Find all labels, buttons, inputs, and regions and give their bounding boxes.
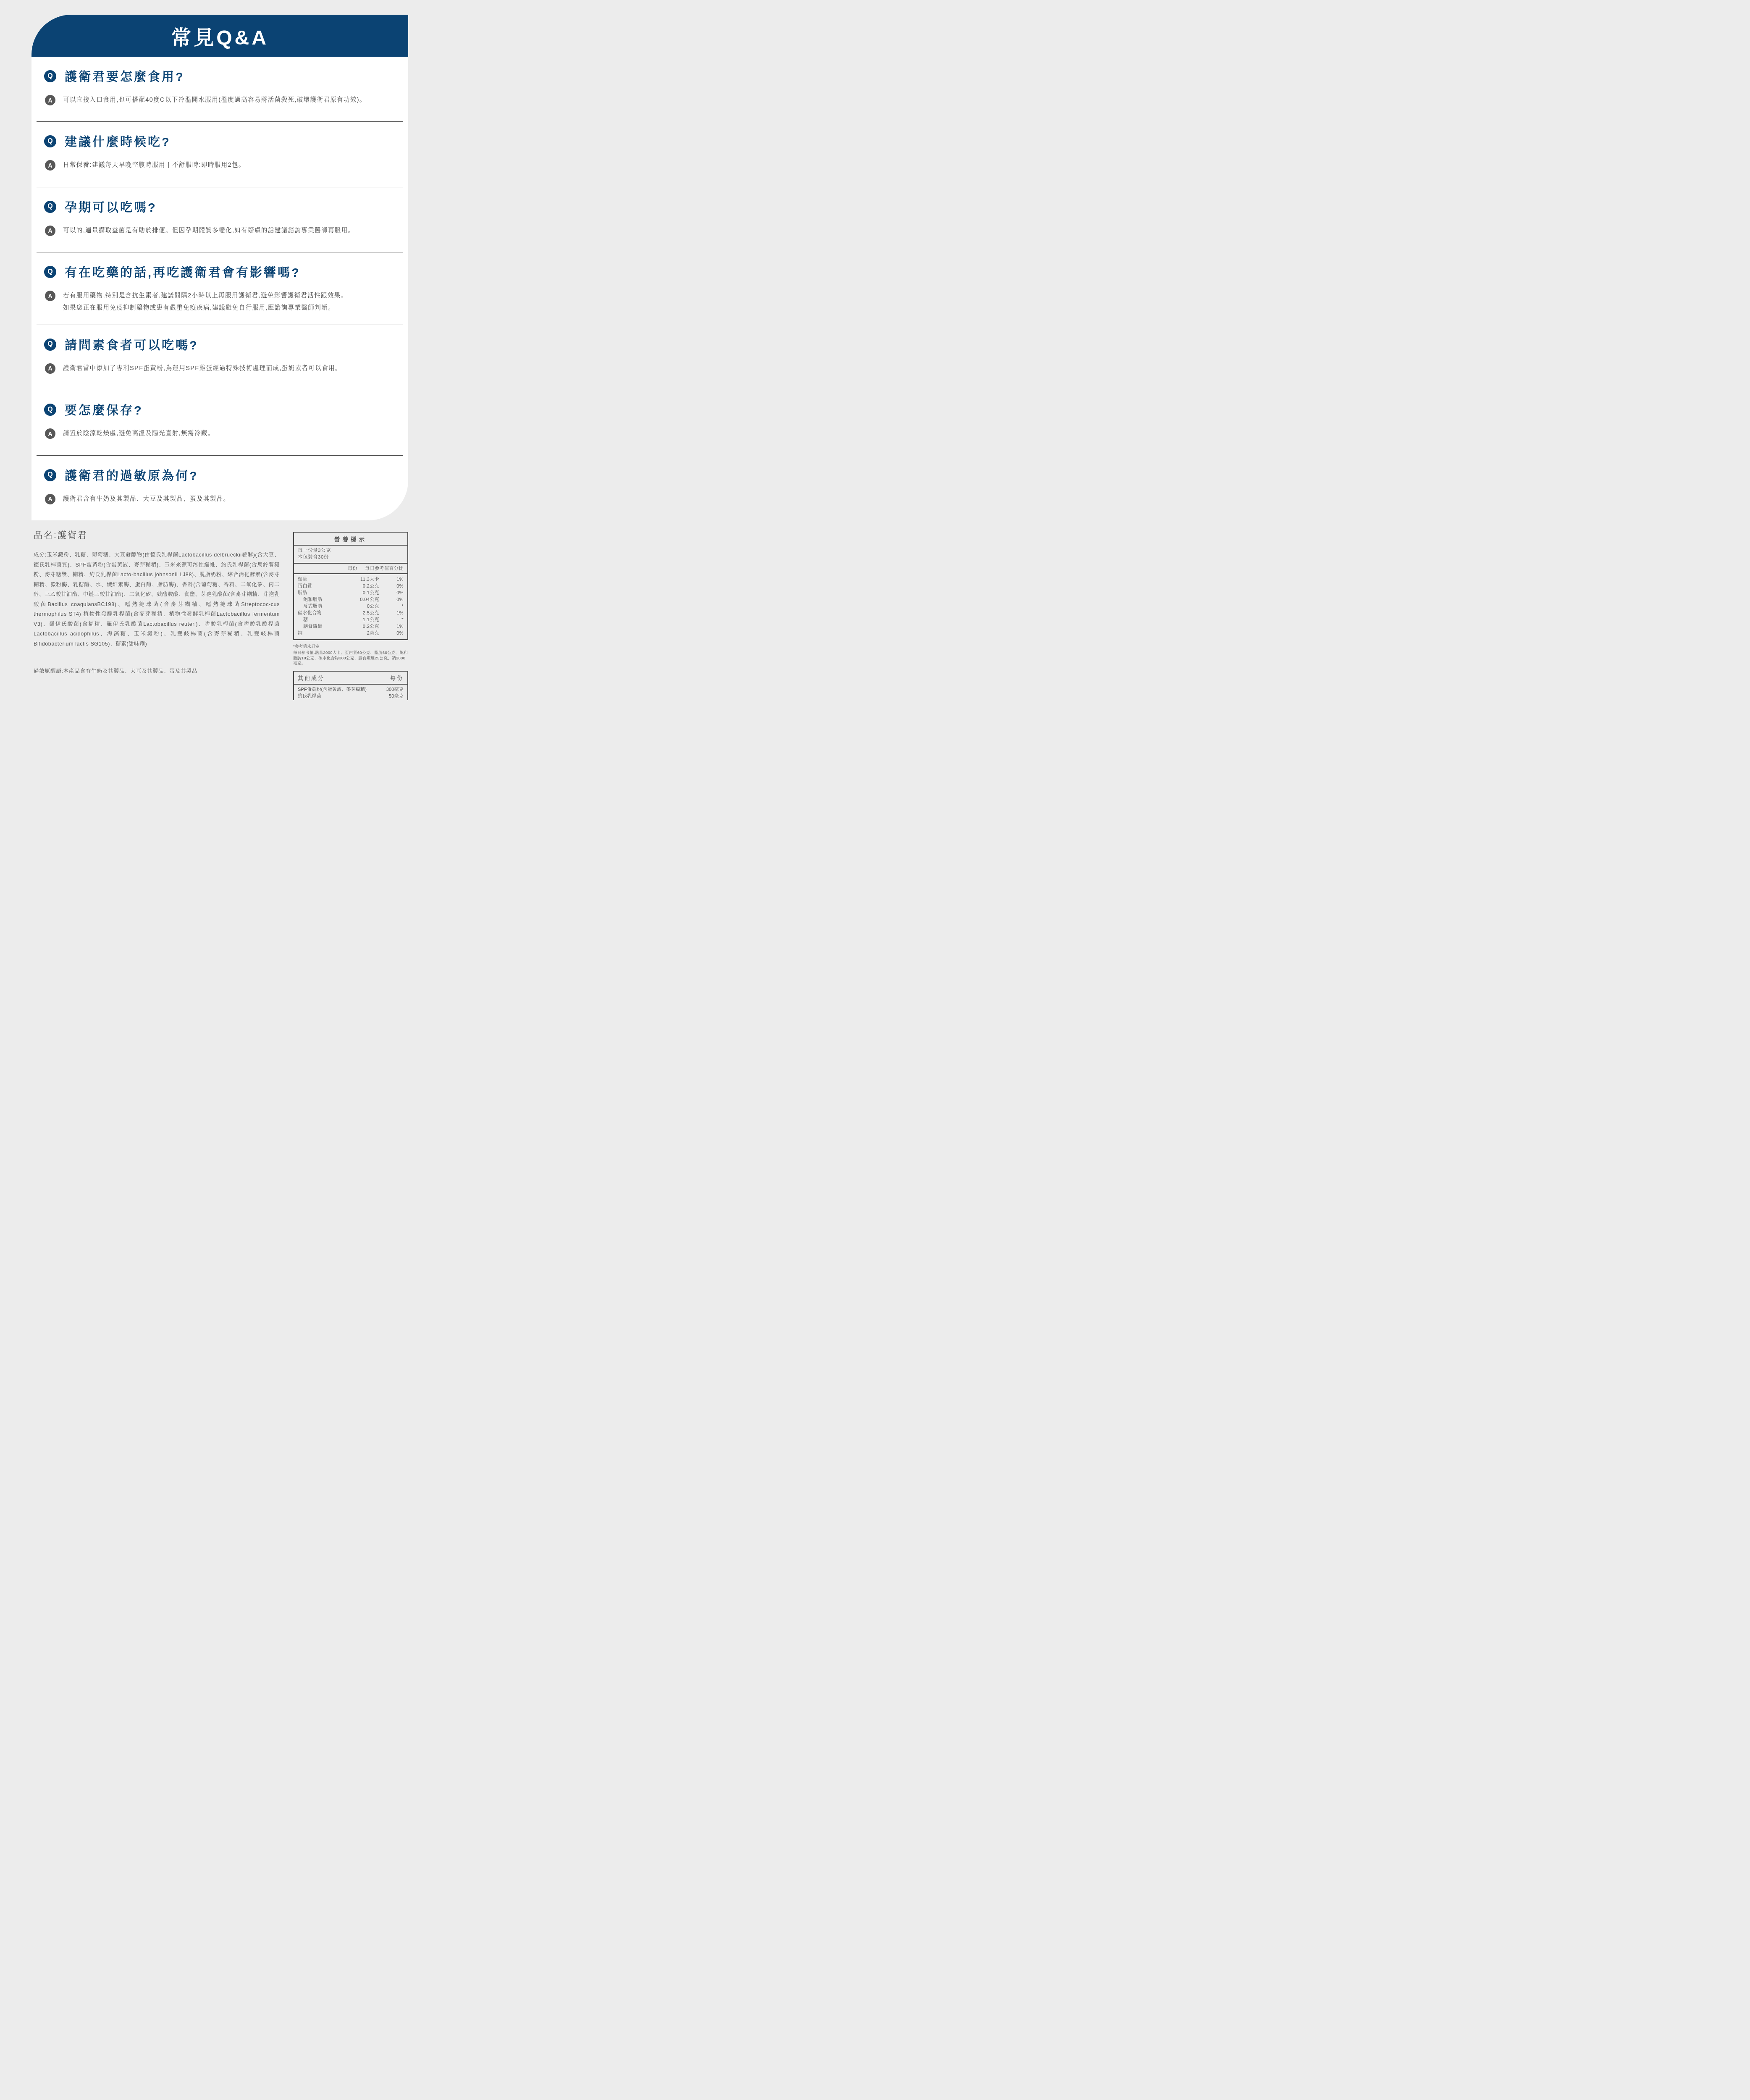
card-header: 常見Q&A	[31, 15, 408, 57]
other-ingredients-body: SPF蛋黃粉(含蛋黃液、麥芽糊精) 300毫克 約氏乳桿菌 50毫克 (含馬鈴薯…	[294, 685, 407, 700]
nutrition-column-headers: 每份 每日參考值百分比	[294, 564, 407, 574]
allergen-warning-text: 過敏原醒語:本產品含有牛奶及其製品、大豆及其製品、蛋及其製品	[34, 667, 294, 675]
question-row: Q 請問素食者可以吃嗎?	[44, 336, 399, 353]
answer-text: 可以的,適量攝取益菌是有助於排便。但因孕期體質多變化,如有疑慮的話建議諮詢專業醫…	[63, 225, 355, 237]
question-text: 請問素食者可以吃嗎?	[65, 336, 199, 353]
answer-row: A 可以直接入口食用,也可搭配40度C以下冷溫開水服用(溫度過高容易將活菌殺死,…	[44, 94, 399, 106]
answer-line-2: 如果您正在服用免疫抑制藥物或患有嚴重免疫疾病,建議避免自行服用,應諮詢專業醫師判…	[63, 302, 348, 314]
question-badge-icon: Q	[44, 469, 56, 481]
nutrition-row: 碳水化合物 2.5公克 1%	[298, 610, 404, 617]
answer-text: 護衛君含有牛奶及其製品、大豆及其製品、蛋及其製品。	[63, 493, 230, 505]
col-per-serving: 每份	[348, 565, 357, 572]
question-badge-icon: Q	[44, 266, 56, 278]
product-name: 品名:護衛君	[34, 528, 88, 541]
answer-row: A 日常保養:建議每天早晚空腹時服用 | 不舒服時:即時服用2包。	[44, 159, 399, 171]
other-ingredient-row: 約氏乳桿菌 50毫克	[298, 693, 404, 700]
question-text: 孕期可以吃嗎?	[65, 198, 157, 215]
question-row: Q 護衛君要怎麼食用?	[44, 68, 399, 85]
other-ingredients-table: 其他成分 每份 SPF蛋黃粉(含蛋黃液、麥芽糊精) 300毫克 約氏乳桿菌 50…	[293, 671, 408, 700]
nutrition-facts-table: 營養標示 每一份量3公克 本包裝含30份 每份 每日參考值百分比 熱量 11.3…	[293, 532, 408, 640]
other-ingredient-row: SPF蛋黃粉(含蛋黃液、麥芽糊精) 300毫克	[298, 687, 404, 693]
ingredients-text: 成分:玉米澱粉、乳糖、葡萄糖、大豆發酵物(由德氏乳桿菌Lactobacillus…	[34, 550, 280, 649]
qa-list: Q 護衛君要怎麼食用? A 可以直接入口食用,也可搭配40度C以下冷溫開水服用(…	[31, 57, 408, 520]
answer-badge-icon: A	[45, 95, 55, 105]
page-title: 常見Q&A	[171, 21, 269, 50]
question-row: Q 護衛君的過敏原為何?	[44, 467, 399, 484]
question-text: 要怎麼保存?	[65, 401, 143, 418]
answer-text: 護衛君當中添加了專利SPF蛋黃粉,為運用SPF雞蛋經過特殊技術處理而成,蛋奶素者…	[63, 362, 342, 375]
serving-size: 每一份量3公克	[298, 547, 404, 554]
answer-badge-icon: A	[45, 363, 55, 374]
qa-section-2: Q 建議什麼時候吃? A 日常保養:建議每天早晚空腹時服用 | 不舒服時:即時服…	[37, 122, 403, 187]
nutrition-row: 反式脂肪 0公克 *	[298, 603, 404, 610]
nutrition-row: 糖 1.1公克 *	[298, 617, 404, 623]
question-text: 護衛君要怎麼食用?	[65, 68, 185, 85]
answer-row: A 若有服用藥物,特別是含抗生素者,建議間隔2小時以上再服用護衛君,避免影響護衛…	[44, 290, 399, 314]
qa-card: 常見Q&A Q 護衛君要怎麼食用? A 可以直接入口食用,也可搭配40度C以下冷…	[31, 15, 408, 520]
question-text: 有在吃藥的話,再吃護衛君會有影響嗎?	[65, 263, 301, 281]
question-badge-icon: Q	[44, 404, 56, 416]
col-daily-value: 每日參考值百分比	[365, 565, 404, 572]
answer-badge-icon: A	[45, 291, 55, 301]
question-badge-icon: Q	[44, 70, 56, 82]
nutrition-row: 蛋白質 0.2公克 0%	[298, 583, 404, 590]
servings-per-pack: 本包裝含30份	[298, 554, 404, 561]
nutrition-title: 營養標示	[294, 533, 407, 546]
question-text: 護衛君的過敏原為何?	[65, 467, 199, 484]
labels-column: 營養標示 每一份量3公克 本包裝含30份 每份 每日參考值百分比 熱量 11.3…	[293, 532, 408, 700]
nutrition-footnote: *參考值未訂定 每日參考值:熱量2000大卡、蛋白質60公克、脂肪60公克、飽和…	[293, 644, 408, 667]
qa-section-7: Q 護衛君的過敏原為何? A 護衛君含有牛奶及其製品、大豆及其製品、蛋及其製品。	[37, 456, 403, 520]
question-badge-icon: Q	[44, 339, 56, 351]
other-col-per-serving: 每份	[390, 674, 404, 682]
question-row: Q 要怎麼保存?	[44, 401, 399, 418]
other-ingredients-header: 其他成分 每份	[294, 672, 407, 685]
footnote-line-1: *參考值未訂定	[293, 644, 408, 650]
answer-row: A 護衛君含有牛奶及其製品、大豆及其製品、蛋及其製品。	[44, 493, 399, 505]
qa-section-3: Q 孕期可以吃嗎? A 可以的,適量攝取益菌是有助於排便。但因孕期體質多變化,如…	[37, 187, 403, 252]
serving-info: 每一份量3公克 本包裝含30份	[294, 546, 407, 564]
answer-row: A 請置於陰涼乾燥處,避免高溫及陽光直射,無需冷藏。	[44, 428, 399, 440]
nutrition-row: 熱量 11.3大卡 1%	[298, 576, 404, 583]
answer-badge-icon: A	[45, 428, 55, 439]
question-badge-icon: Q	[44, 135, 56, 147]
qa-section-4: Q 有在吃藥的話,再吃護衛君會有影響嗎? A 若有服用藥物,特別是含抗生素者,建…	[37, 252, 403, 325]
nutrition-rows: 熱量 11.3大卡 1% 蛋白質 0.2公克 0% 脂肪 0.1公克 0% 飽和…	[294, 574, 407, 639]
qa-section-6: Q 要怎麼保存? A 請置於陰涼乾燥處,避免高溫及陽光直射,無需冷藏。	[37, 390, 403, 455]
answer-line-1: 若有服用藥物,特別是含抗生素者,建議間隔2小時以上再服用護衛君,避免影響護衛君活…	[63, 290, 348, 302]
question-row: Q 建議什麼時候吃?	[44, 133, 399, 150]
qa-section-5: Q 請問素食者可以吃嗎? A 護衛君當中添加了專利SPF蛋黃粉,為運用SPF雞蛋…	[37, 325, 403, 390]
footnote-line-2: 每日參考值:熱量2000大卡、蛋白質60公克、脂肪60公克、飽和脂肪18公克、碳…	[293, 651, 408, 667]
answer-badge-icon: A	[45, 226, 55, 236]
answer-text: 請置於陰涼乾燥處,避免高溫及陽光直射,無需冷藏。	[63, 428, 215, 440]
answer-text: 日常保養:建議每天早晚空腹時服用 | 不舒服時:即時服用2包。	[63, 159, 245, 171]
answer-row: A 可以的,適量攝取益菌是有助於排便。但因孕期體質多變化,如有疑慮的話建議諮詢專…	[44, 225, 399, 237]
nutrition-row: 飽和脂肪 0.04公克 0%	[298, 596, 404, 603]
qa-section-1: Q 護衛君要怎麼食用? A 可以直接入口食用,也可搭配40度C以下冷溫開水服用(…	[37, 57, 403, 122]
question-row: Q 有在吃藥的話,再吃護衛君會有影響嗎?	[44, 263, 399, 281]
answer-text: 若有服用藥物,特別是含抗生素者,建議間隔2小時以上再服用護衛君,避免影響護衛君活…	[63, 290, 348, 314]
question-text: 建議什麼時候吃?	[65, 133, 171, 150]
question-badge-icon: Q	[44, 201, 56, 213]
nutrition-row: 脂肪 0.1公克 0%	[298, 590, 404, 596]
answer-text: 可以直接入口食用,也可搭配40度C以下冷溫開水服用(溫度過高容易將活菌殺死,破壞…	[63, 94, 366, 106]
nutrition-row: 膳食纖維 0.2公克 1%	[298, 623, 404, 630]
faq-page: 常見Q&A Q 護衛君要怎麼食用? A 可以直接入口食用,也可搭配40度C以下冷…	[0, 0, 438, 700]
answer-badge-icon: A	[45, 494, 55, 504]
other-ingredients-title: 其他成分	[298, 674, 325, 682]
nutrition-row: 鈉 2毫克 0%	[298, 630, 404, 637]
answer-badge-icon: A	[45, 160, 55, 171]
answer-row: A 護衛君當中添加了專利SPF蛋黃粉,為運用SPF雞蛋經過特殊技術處理而成,蛋奶…	[44, 362, 399, 375]
question-row: Q 孕期可以吃嗎?	[44, 198, 399, 215]
